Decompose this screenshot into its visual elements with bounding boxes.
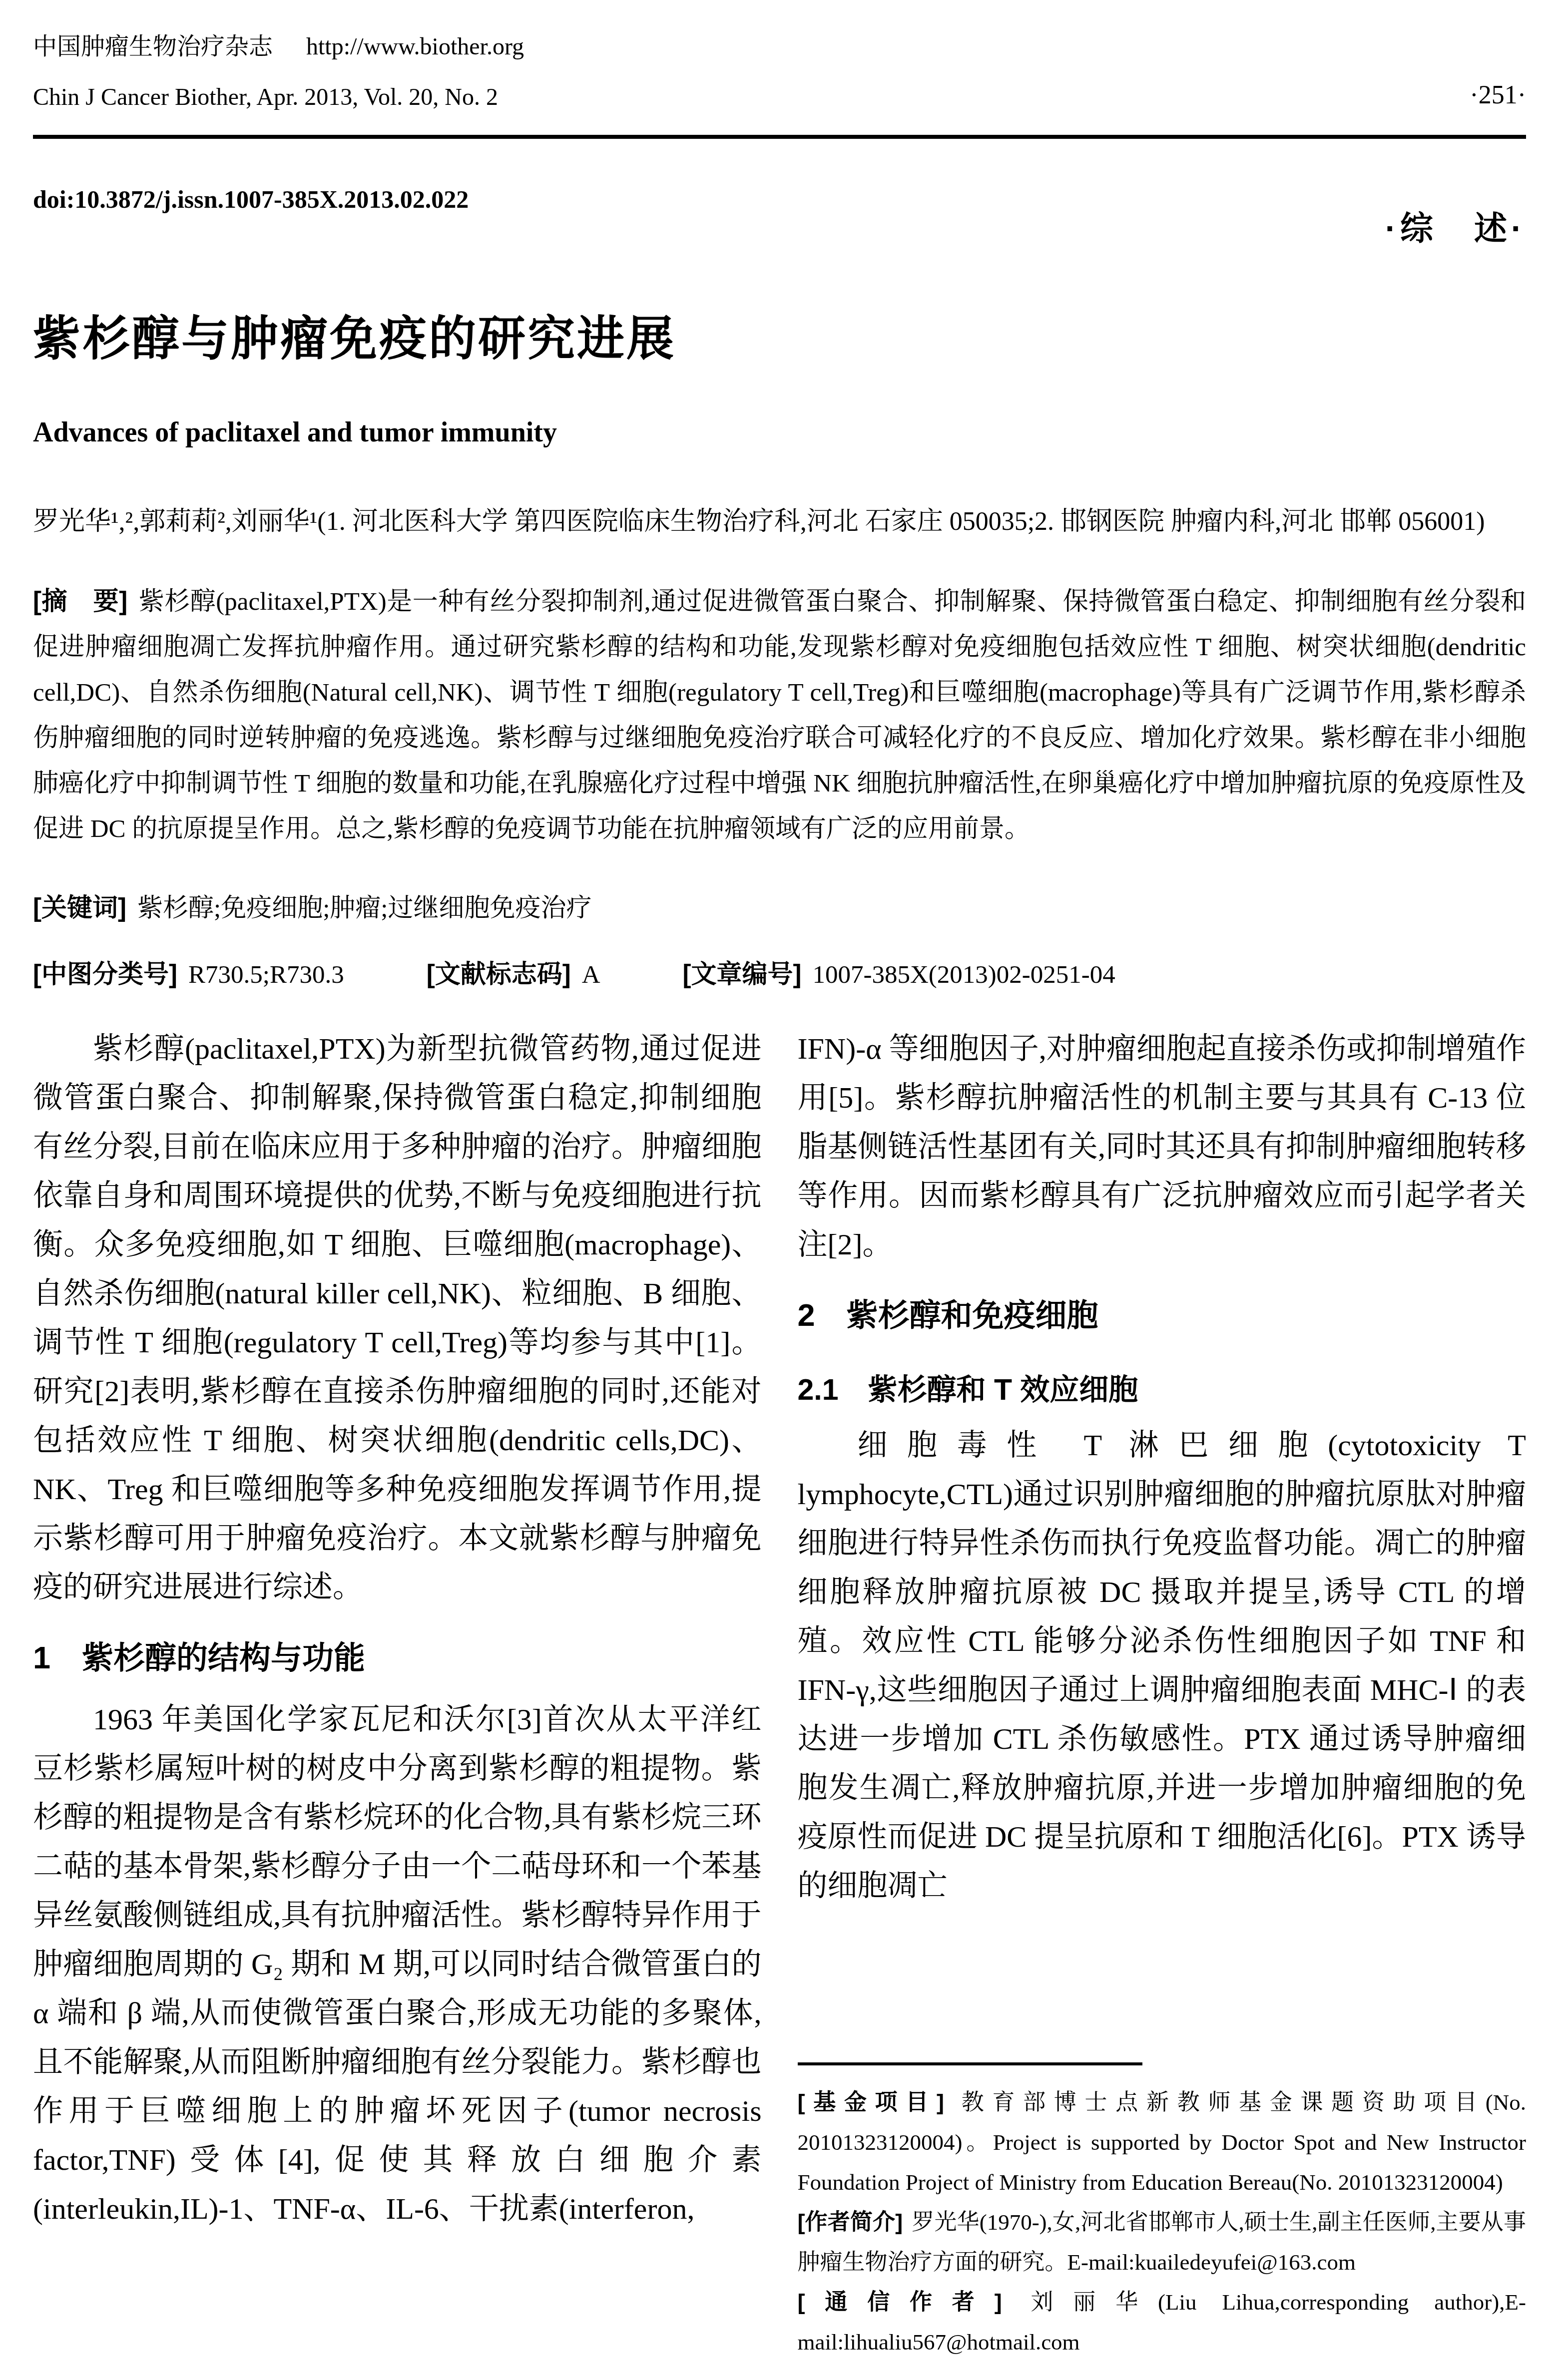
section-1-paragraph: 1963 年美国化学家瓦尼和沃尔[3]首次从太平洋红豆杉紫杉属短叶树的树皮中分离… (33, 1695, 762, 2233)
footnote-rule (798, 2062, 1142, 2065)
author-bio-footnote: [作者简介]罗光华(1970-),女,河北省邯郸市人,硕士生,副主任医师,主要从… (798, 2202, 1527, 2282)
footnote-block: [基金项目]教育部博士点新教师基金课题资助项目(No. 201013231200… (798, 2062, 1527, 2380)
clc-label: [中图分类号] (33, 960, 177, 988)
article-body: 紫杉醇(paclitaxel,PTX)为新型抗微管药物,通过促进微管蛋白聚合、抑… (33, 1024, 1526, 2380)
section-2-heading: 2 紫杉醇和免疫细胞 (798, 1297, 1527, 1335)
journal-page: 中国肿瘤生物治疗杂志 http://www.biother.org Chin J… (0, 0, 1559, 2380)
article-title-cn: 紫杉醇与肿瘤免疫的研究进展 (33, 313, 1526, 366)
author-bio-text: 罗光华(1970-),女,河北省邯郸市人,硕士生,副主任医师,主要从事肿瘤生物治… (798, 2210, 1526, 2275)
meta-row: doi:10.3872/j.issn.1007-385X.2013.02.022… (33, 185, 1526, 249)
clc-item: [中图分类号]R730.5;R730.3 (33, 953, 344, 990)
clc-value: R730.5;R730.3 (188, 961, 344, 989)
journal-citation-en: Chin J Cancer Biother, Apr. 2013, Vol. 2… (33, 83, 524, 111)
article-id-label: [文章编号] (682, 960, 801, 988)
journal-name-line: 中国肿瘤生物治疗杂志 http://www.biother.org (33, 27, 524, 61)
corresponding-author-label: [通信作者] (798, 2289, 1002, 2315)
abstract-label: [摘 要] (33, 587, 127, 615)
journal-name-cn: 中国肿瘤生物治疗杂志 (33, 33, 273, 60)
classification-row: [中图分类号]R730.5;R730.3 [文献标志码]A [文章编号]1007… (33, 953, 1526, 990)
article-id-value: 1007-385X(2013)02-0251-04 (812, 961, 1115, 989)
journal-url: http://www.biother.org (306, 33, 524, 60)
abstract-text: 紫杉醇(paclitaxel,PTX)是一种有丝分裂抑制剂,通过促进微管蛋白聚合… (33, 588, 1526, 843)
journal-info: 中国肿瘤生物治疗杂志 http://www.biother.org Chin J… (33, 20, 524, 111)
authors-affiliations: 罗光华¹,²,郭莉莉²,刘丽华¹(1. 河北医科大学 第四医院临床生物治疗科,河… (33, 494, 1526, 549)
fund-footnote: [基金项目]教育部博士点新教师基金课题资助项目(No. 201013231200… (798, 2082, 1527, 2202)
keywords-text: 紫杉醇;免疫细胞;肿瘤;过继细胞免疫治疗 (137, 894, 592, 922)
keywords-label: [关键词] (33, 893, 126, 922)
intro-paragraph: 紫杉醇(paclitaxel,PTX)为新型抗微管药物,通过促进微管蛋白聚合、抑… (33, 1024, 762, 1611)
author-bio-label: [作者简介] (798, 2209, 903, 2235)
page-header: 中国肿瘤生物治疗杂志 http://www.biother.org Chin J… (33, 20, 1526, 139)
doc-code-label: [文献标志码] (427, 960, 571, 988)
section-2-1-paragraph: 细胞毒性 T 淋巴细胞(cytotoxicity T lymphocyte,CT… (798, 1421, 1527, 1910)
section-1-heading: 1 紫杉醇的结构与功能 (33, 1639, 762, 1677)
doc-code-value: A (582, 961, 600, 989)
doi: doi:10.3872/j.issn.1007-385X.2013.02.022 (33, 185, 469, 214)
keywords: [关键词]紫杉醇;免疫细胞;肿瘤;过继细胞免疫治疗 (33, 885, 1526, 931)
abstract: [摘 要]紫杉醇(paclitaxel,PTX)是一种有丝分裂抑制剂,通过促进微… (33, 578, 1526, 852)
page-number: ·251· (1470, 80, 1526, 111)
fund-label: [基金项目] (798, 2089, 945, 2115)
section-2-1-heading: 2.1 紫杉醇和 T 效应细胞 (798, 1372, 1527, 1408)
continuation-paragraph: IFN)-α 等细胞因子,对肿瘤细胞起直接杀伤或抑制增殖作用[5]。紫杉醇抗肿瘤… (798, 1024, 1527, 1269)
corresponding-author-footnote: [通信作者]刘丽华(Liu Lihua,corresponding author… (798, 2282, 1527, 2362)
column-label: ·综 述· (1385, 202, 1526, 249)
article-title-en: Advances of paclitaxel and tumor immunit… (33, 416, 1526, 448)
doc-code-item: [文献标志码]A (427, 953, 600, 990)
left-column: 紫杉醇(paclitaxel,PTX)为新型抗微管药物,通过促进微管蛋白聚合、抑… (33, 1024, 762, 2380)
right-column: IFN)-α 等细胞因子,对肿瘤细胞起直接杀伤或抑制增殖作用[5]。紫杉醇抗肿瘤… (798, 1024, 1527, 2380)
article-id-item: [文章编号]1007-385X(2013)02-0251-04 (682, 953, 1115, 990)
